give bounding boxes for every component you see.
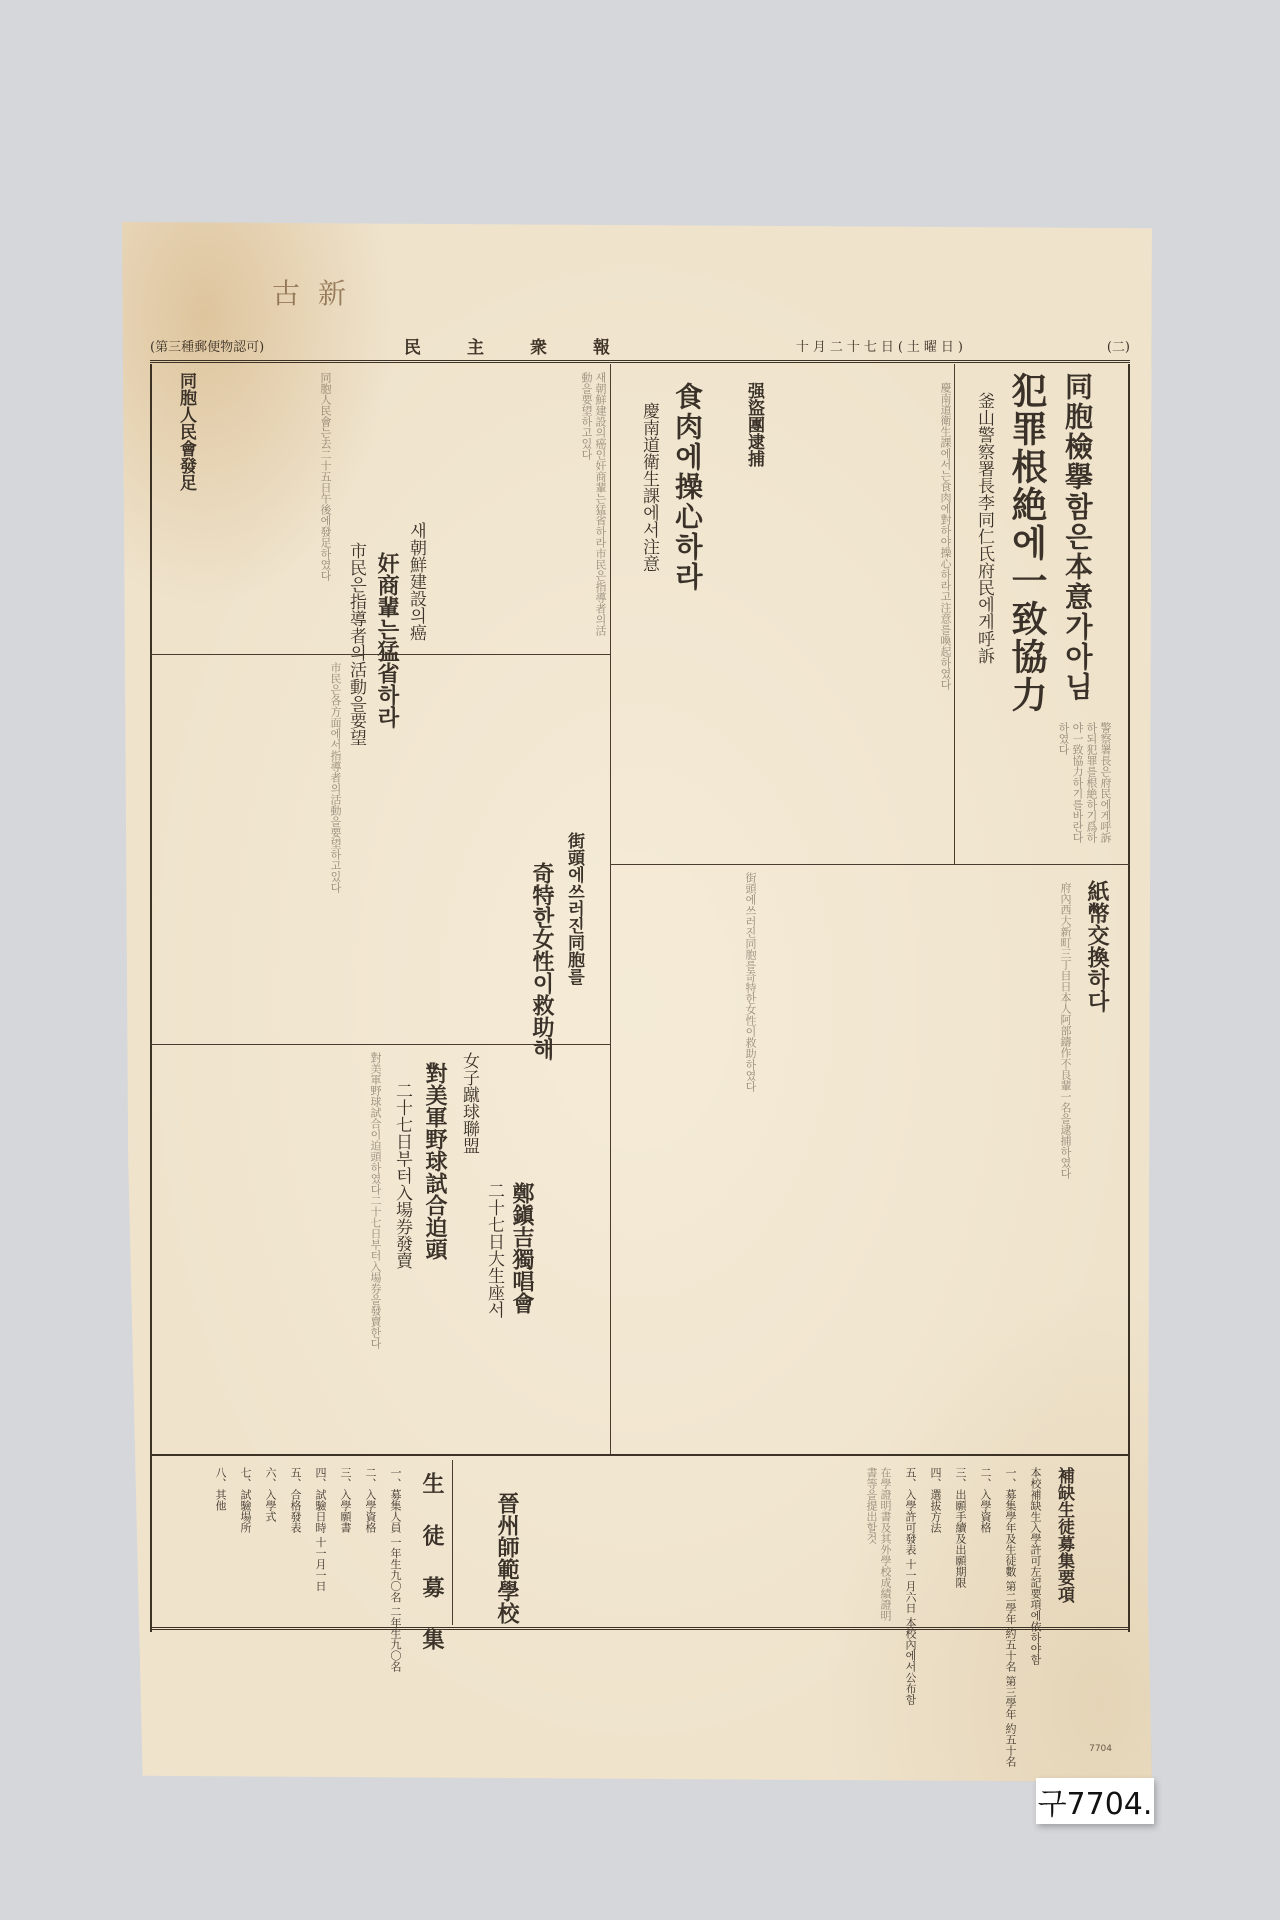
article-body: 警察署長은府民에게呼訴하되犯罪를根絶하기爲하야一致協力하기를바란다하였다 — [962, 722, 1112, 852]
article-body: 府內西大新町三丁目日本人阿部鑄作不良輩一名을逮捕하였다 — [962, 882, 1072, 1442]
ad-line: 七、試驗場所 — [237, 1467, 253, 1533]
headline-main: 奇特한女性이救助해 — [527, 862, 558, 1060]
ad-section-divider — [150, 1454, 1130, 1456]
headline-main: 對美軍野球試合迫頭 — [420, 1062, 451, 1260]
handwritten-note: 古新 — [272, 272, 364, 312]
ad-line: 四、試驗日時 十一月一日 — [312, 1467, 328, 1592]
section-rule — [610, 864, 1130, 865]
article-body: 새朝鮮建設의癌인奸商輩는猛省하라市民은指導者의活動을要望하고있다 — [442, 372, 607, 642]
headline-main: 食肉에操心하라 — [667, 382, 707, 592]
article-body: 街頭에쓰러진同胞를奇特한女性이救助하였다 — [617, 872, 757, 1442]
newspaper-page: 古新 (第三種郵便物認可) 民主衆報 十月二十七日(土曜日) (二) 同胞檢擧함… — [122, 222, 1152, 1782]
ad-title: 補缺生徒募集要項 — [1052, 1467, 1077, 1603]
ad-line: 一、募集學年及生徒數 第二學年 約五十名 第三學年 約五十名 — [1002, 1467, 1018, 1767]
article-body: 同胞人民會는去二十五日午後에發足하였다 — [202, 372, 332, 642]
headline-top: 街頭에쓰러진同胞를 — [562, 832, 587, 985]
headline-top: 새朝鮮建設의癌 — [404, 522, 429, 641]
ad-line: 五、入學許可發表 十一月六日 本校內에서公布함 — [902, 1467, 918, 1705]
page-corner-id: 7704 — [1089, 1744, 1112, 1754]
catalog-label: 구7704. — [1036, 1778, 1154, 1824]
subhead: 市民은指導者의活動을要望 — [344, 542, 369, 746]
headline-main: 同胞人民會發足 — [174, 372, 199, 491]
ad-line: 四、選拔方法 — [927, 1467, 943, 1533]
subhead: 二十七日부터入場券發賣 — [390, 1082, 415, 1269]
headline-main: 鄭鎭吉獨唱會 — [507, 1182, 538, 1314]
headline-main: 女子蹴球聯盟 — [457, 1052, 482, 1154]
ad-divider — [452, 1460, 453, 1625]
newspaper-name: 民主衆報 — [404, 333, 656, 358]
ad-line: 三、入學願書 — [337, 1467, 353, 1533]
masthead: (第三種郵便物認可) 民主衆報 十月二十七日(土曜日) (二) — [150, 332, 1130, 363]
headline-main: 紙幣交換하다 — [1082, 880, 1113, 1012]
ad-line: 二、入學資格 — [362, 1467, 378, 1533]
headline-main: 强盜團逮捕 — [742, 382, 767, 467]
ad-title: 生徒募集 — [417, 1472, 448, 1680]
subhead: 釜山警察署長李同仁氏府民에게呼訴 — [972, 392, 997, 664]
ad-line: 一、募集人員 一年生九〇名 二年生九〇名 — [387, 1467, 403, 1672]
subhead: 二十七日大生座서 — [482, 1182, 507, 1318]
column-rule — [610, 364, 611, 1454]
ad-line: 三、出願手續及出願期限 — [952, 1467, 968, 1588]
ad-line: 五、合格發表 — [287, 1467, 303, 1533]
headline-top: 同胞檢擧함은本意가아님 — [1057, 372, 1097, 702]
school-name: 晉州師範學校 — [492, 1492, 523, 1624]
issue-date: 十月二十七日(土曜日) — [796, 336, 967, 355]
article-body: 對美軍野球試合이迫頭하였다二十七日부터入場券을發賣한다 — [162, 1052, 382, 1442]
ad-line: 本校補缺生入學許可左記要項에依하야함 — [1027, 1467, 1043, 1665]
headline-main: 犯罪根絶에一致協力 — [1002, 372, 1053, 714]
ad-line: 六、入學式 — [262, 1467, 278, 1522]
ad-line: 八、其他 — [212, 1467, 228, 1511]
subhead: 慶南道衛生課에서注意 — [637, 402, 662, 572]
bottom-rule — [150, 1627, 1130, 1630]
ad-body: 在學證明書及其外學校成績證明書等을提出할것 — [542, 1467, 892, 1622]
column-rule — [954, 364, 955, 864]
page-number: (二) — [1107, 336, 1130, 355]
postal-note: (第三種郵便物認可) — [150, 336, 264, 355]
ad-line: 二、入學資格 — [977, 1467, 993, 1533]
headline-main: 奸商輩는猛省하라 — [372, 552, 403, 728]
article-body: 市民은各方面에서指導者의活動을要望하고있다 — [162, 662, 342, 1032]
